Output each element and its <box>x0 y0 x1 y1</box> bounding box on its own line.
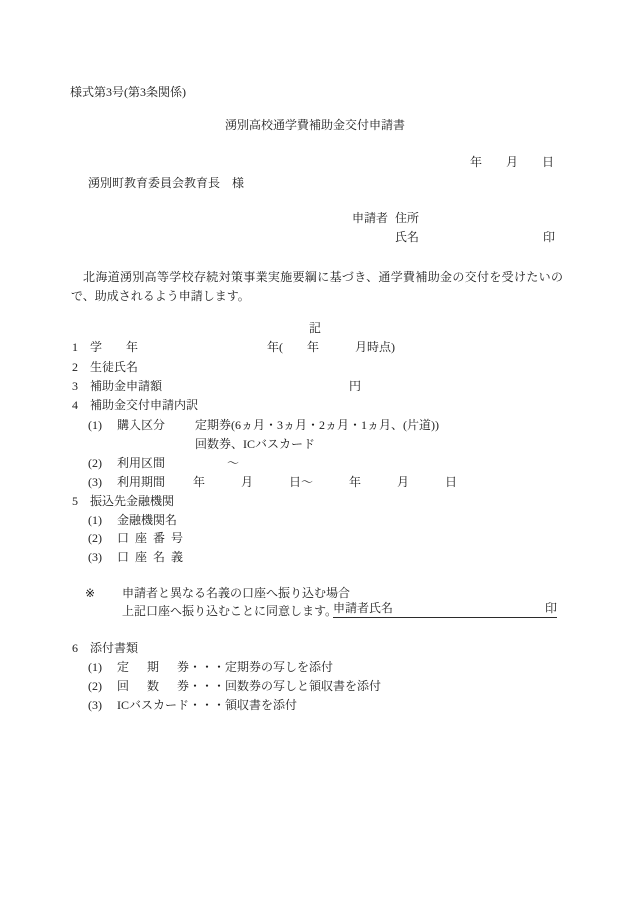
subitem-value-continued: 回数券、ICバスカード <box>195 436 315 453</box>
subitem-attachment-coupon-tickets: (2) 回 数 券・・・回数券の写しと領収書を添付 <box>71 678 571 695</box>
subitem-label: 利用区間 <box>117 455 165 472</box>
subitem-label: 利用期間 <box>117 474 165 491</box>
signature-label: 申請者氏名 <box>333 600 393 617</box>
subitem-attachment-ic-bus-card: (3) ICバスカード・・・領収書を添付 <box>71 697 571 714</box>
item-label: 学 年 <box>90 339 138 356</box>
item-bank: 5 振込先金融機関 <box>71 493 571 510</box>
subitem-number: (2) <box>88 455 102 472</box>
item-number: 2 <box>72 359 78 376</box>
applicant-label: 申請者 <box>352 210 388 227</box>
ki-heading: 記 <box>0 320 630 337</box>
item-label: 生徒氏名 <box>90 359 138 376</box>
item-breakdown: 4 補助金交付申請内訳 <box>71 397 571 414</box>
item-label: 添付書類 <box>90 640 138 657</box>
subitem-label: 口 座 名 義 <box>117 549 183 566</box>
subitem-purchase-type: (1) 購入区分 定期券(6ヵ月・3ヵ月・2ヵ月・1ヵ月、(片道)) <box>71 417 571 434</box>
subitem-number: (3) <box>88 697 102 714</box>
item-amount: 3 補助金申請額 円 <box>71 378 571 395</box>
item-label: 振込先金融機関 <box>90 493 174 510</box>
applicant-address-label: 住所 <box>395 210 419 227</box>
item-value: 年( 年 月時点) <box>267 339 395 356</box>
subitem-account-number: (2) 口 座 番 号 <box>71 530 571 547</box>
applicant-name-label: 氏名 <box>395 229 419 246</box>
subitem-number: (3) <box>88 474 102 491</box>
item-number: 6 <box>72 640 78 657</box>
subitem-number: (2) <box>88 530 102 547</box>
item-number: 4 <box>72 397 78 414</box>
note-marker: ※ <box>85 585 95 602</box>
form-number: 様式第3号(第3条関係) <box>70 84 186 101</box>
date-line: 年 月 日 <box>470 154 554 171</box>
subitem-label: ICバスカード・・・領収書を添付 <box>117 697 297 714</box>
subitem-route: (2) 利用区間 ～ <box>71 455 571 472</box>
item-grade: 1 学 年 年( 年 月時点) <box>71 339 571 356</box>
subitem-number: (1) <box>88 417 102 434</box>
subitem-number: (1) <box>88 659 102 676</box>
application-form-page: 様式第3号(第3条関係) 湧別高校通学費補助金交付申請書 年 月 日 湧別町教育… <box>0 0 630 903</box>
subitem-label: 金融機関名 <box>117 512 177 529</box>
item-label: 補助金交付申請内訳 <box>90 397 198 414</box>
item-value-yen: 円 <box>349 378 361 395</box>
subitem-period: (3) 利用期間 年 月 日～ 年 月 日 <box>71 474 571 491</box>
consent-text: 上記口座へ振り込むことに同意します。 <box>122 603 337 620</box>
applicant-signature-line: 申請者氏名 印 <box>333 599 557 618</box>
subitem-attachment-commuter-pass: (1) 定 期 券・・・定期券の写しを添付 <box>71 659 571 676</box>
subitem-label: 定 期 券・・・定期券の写しを添付 <box>117 659 333 676</box>
subitem-label: 口 座 番 号 <box>117 530 183 547</box>
item-number: 1 <box>72 339 78 356</box>
signature-seal-mark: 印 <box>545 600 557 617</box>
subitem-number: (2) <box>88 678 102 695</box>
item-label: 補助金申請額 <box>90 378 162 395</box>
note-text: 申請者と異なる名義の口座へ振り込む場合 <box>122 585 350 602</box>
subitem-label: 購入区分 <box>117 417 165 434</box>
subitem-bank-name: (1) 金融機関名 <box>71 512 571 529</box>
page-title: 湧別高校通学費補助金交付申請書 <box>0 117 630 134</box>
subitem-value: 定期券(6ヵ月・3ヵ月・2ヵ月・1ヵ月、(片道)) <box>195 417 439 434</box>
subitem-account-holder: (3) 口 座 名 義 <box>71 549 571 566</box>
subitem-number: (3) <box>88 549 102 566</box>
subitem-purchase-type-cont: 回数券、ICバスカード <box>71 436 571 453</box>
body-paragraph: 北海道湧別高等学校存続対策事業実施要綱に基づき、通学費補助金の交付を受けたいので… <box>71 268 563 307</box>
item-student-name: 2 生徒氏名 <box>71 359 571 376</box>
subitem-value-tilde: ～ <box>227 455 239 472</box>
subitem-value-dates: 年 月 日～ 年 月 日 <box>193 474 457 491</box>
item-number: 5 <box>72 493 78 510</box>
item-attachments: 6 添付書類 <box>71 640 571 657</box>
applicant-seal-mark: 印 <box>543 229 555 246</box>
subitem-number: (1) <box>88 512 102 529</box>
addressee: 湧別町教育委員会教育長 様 <box>88 175 244 192</box>
item-number: 3 <box>72 378 78 395</box>
subitem-label: 回 数 券・・・回数券の写しと領収書を添付 <box>117 678 381 695</box>
